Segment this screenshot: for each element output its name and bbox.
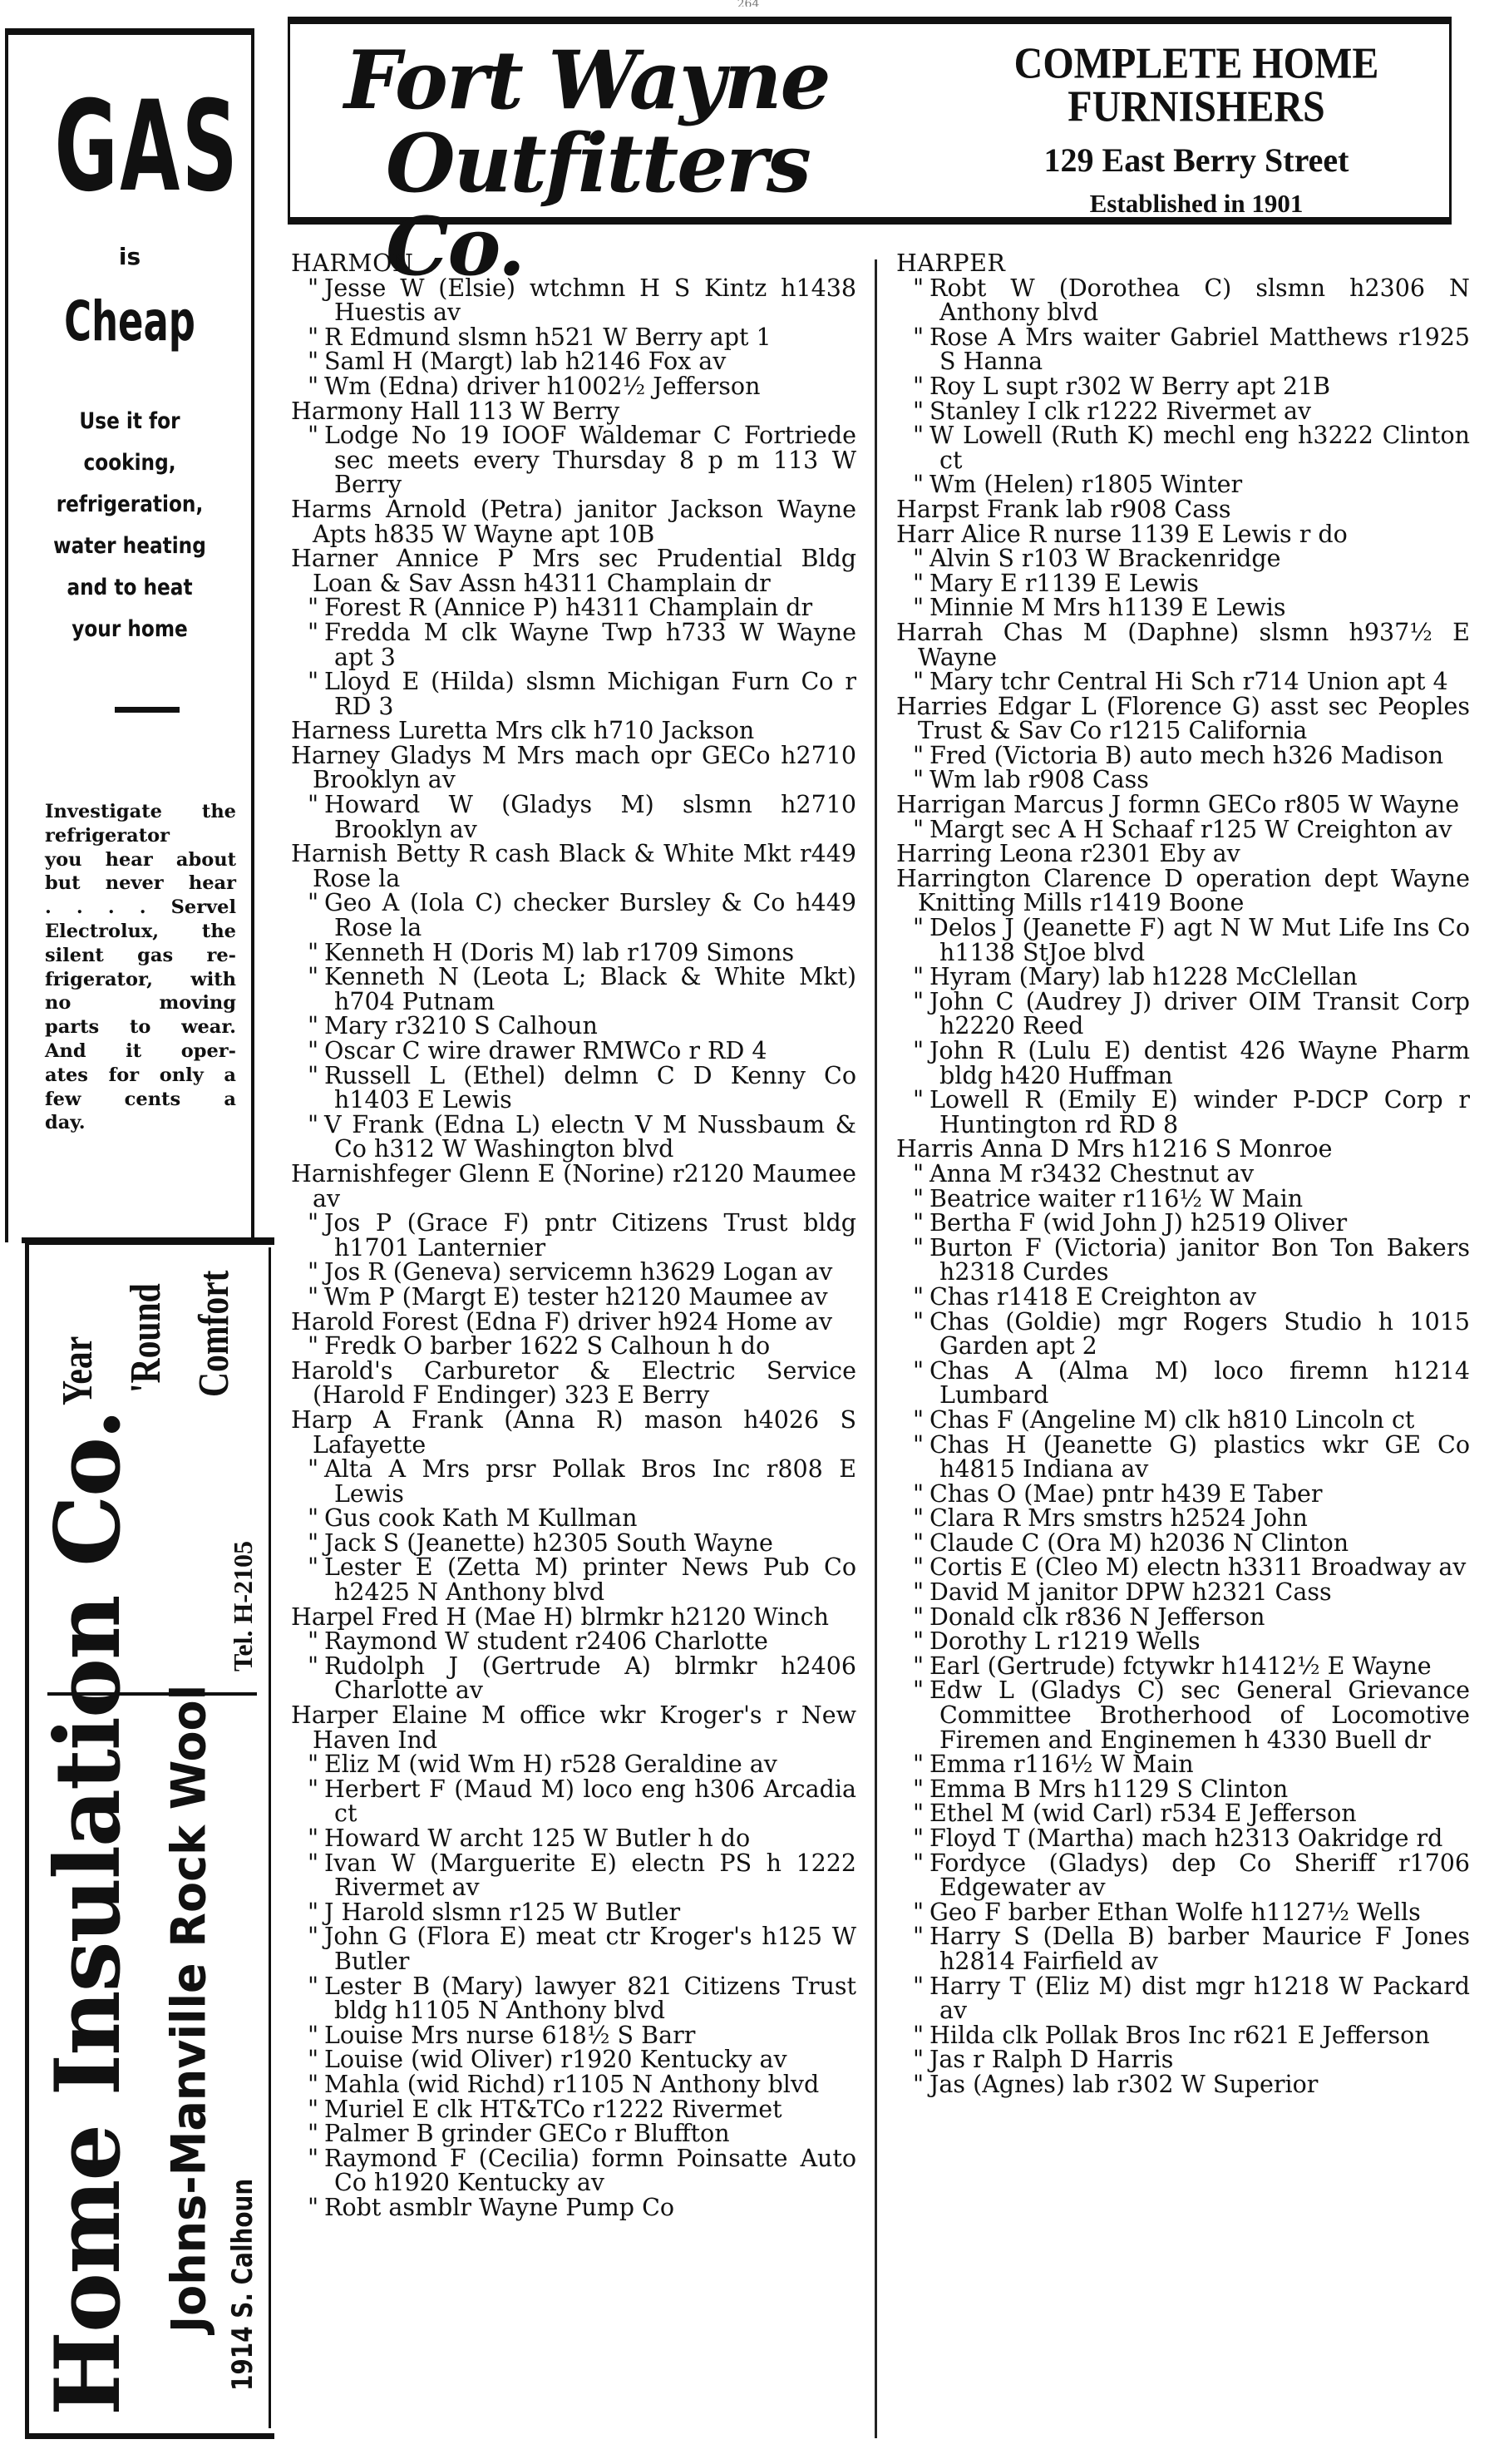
directory-entry: Harness Luretta Mrs clk h710 Jackson: [291, 718, 856, 743]
ditto-mark: ": [308, 965, 324, 990]
ditto-mark: ": [308, 423, 324, 448]
directory-entry: "Alvin S r103 W Brackenridge: [896, 546, 1470, 571]
gas-ad-body-line: Investigate the: [45, 800, 236, 824]
ditto-mark: ": [308, 2047, 324, 2072]
insulation-address: 1914 S. Calhoun: [226, 2179, 259, 2391]
ditto-mark: ": [913, 374, 929, 399]
directory-entry: "Fred (Victoria B) auto mech h326 Madiso…: [896, 743, 1470, 768]
directory-entry: "Louise (wid Oliver) r1920 Kentucky av: [291, 2047, 856, 2072]
ditto-mark: ": [308, 1752, 324, 1777]
directory-entry: "Clara R Mrs smstrs h2524 John: [896, 1506, 1470, 1531]
ditto-mark: ": [308, 349, 324, 374]
ditto-mark: ": [913, 669, 929, 694]
directory-entry: "Lloyd E (Hilda) slsmn Michigan Furn Co …: [291, 669, 856, 718]
gas-ad-body-line: parts to wear.: [45, 1015, 236, 1039]
directory-entry: "Kenneth N (Leota L; Black & White Mkt) …: [291, 965, 856, 1014]
directory-entry: "Minnie M Mrs h1139 E Lewis: [896, 595, 1470, 620]
ditto-mark: ": [913, 990, 929, 1015]
directory-entry: "Jack S (Jeanette) h2305 South Wayne: [291, 1531, 856, 1556]
directory-entry: "Chas H (Jeanette G) plastics wkr GE Co …: [896, 1433, 1470, 1482]
ditto-mark: ": [913, 1310, 929, 1335]
insulation-tagline-round: 'Round: [123, 1283, 170, 1393]
ditto-mark: ": [308, 793, 324, 817]
directory-entry: "Robt asmblr Wayne Pump Co: [291, 2195, 856, 2220]
directory-entry: "Fredda M clk Wayne Twp h733 W Wayne apt…: [291, 620, 856, 669]
ditto-mark: ": [913, 423, 929, 448]
directory-entry: "Rudolph J (Gertrude A) blrmkr h2406 Cha…: [291, 1654, 856, 1703]
gas-ad-body-line: ates for only a: [45, 1064, 236, 1088]
ditto-mark: ": [913, 1285, 929, 1310]
directory-entry: "Claude C (Ora M) h2036 N Clinton: [896, 1531, 1470, 1556]
gas-ad-use-line: your home: [32, 609, 227, 650]
ditto-mark: ": [913, 2023, 929, 2048]
directory-entry: "Lester B (Mary) lawyer 821 Citizens Tru…: [291, 1974, 856, 2023]
ditto-mark: ": [308, 276, 324, 301]
ditto-mark: ": [308, 1285, 324, 1310]
ditto-mark: ": [308, 1211, 324, 1236]
directory-entry: "Burton F (Victoria) janitor Bon Ton Bak…: [896, 1236, 1470, 1285]
ditto-mark: ": [913, 2047, 929, 2072]
directory-entry: "Roy L supt r302 W Berry apt 21B: [896, 374, 1470, 399]
directory-entry: "Bertha F (wid John J) h2519 Oliver: [896, 1211, 1470, 1236]
gas-ad-uses: Use it for cooking, refrigeration, water…: [32, 401, 227, 650]
ditto-mark: ": [913, 1777, 929, 1802]
gas-ad-body-line: frigerator, with: [45, 968, 236, 992]
ditto-mark: ": [913, 1555, 929, 1580]
surname-heading: HARPER: [896, 251, 1470, 276]
directory-entry: "John G (Flora E) meat ctr Kroger's h125…: [291, 1924, 856, 1973]
directory-entry: "Eliz M (wid Wm H) r528 Geraldine av: [291, 1752, 856, 1777]
directory-entry: "Mary tchr Central Hi Sch r714 Union apt…: [896, 669, 1470, 694]
directory-left-column: HARMON"Jesse W (Elsie) wtchmn H S Kintz …: [291, 251, 856, 2220]
directory-entry: "Beatrice waiter r116½ W Main: [896, 1187, 1470, 1212]
insulation-product: Johns-Manville Rock Wool: [163, 1685, 215, 2333]
gas-ad-body-line: refrigerator: [45, 824, 236, 848]
directory-entry: "V Frank (Edna L) electn V M Nussbaum & …: [291, 1113, 856, 1162]
gas-ad-use-line: cooking,: [32, 442, 227, 484]
directory-entry: Harms Arnold (Petra) janitor Jackson Way…: [291, 497, 856, 546]
gas-ad-use-line: water heating: [32, 526, 227, 567]
ditto-mark: ": [308, 325, 324, 350]
ditto-mark: ": [913, 595, 929, 620]
ditto-mark: ": [308, 1039, 324, 1064]
insulation-phone: Tel. H-2105: [226, 1541, 259, 1671]
directory-entry: Harold Forest (Edna F) driver h924 Home …: [291, 1310, 856, 1335]
directory-entry: "Howard W (Gladys M) slsmn h2710 Brookly…: [291, 793, 856, 842]
furniture-store-ad: Fort Wayne Outfitters Co. COMPLETE HOME …: [288, 17, 1452, 225]
gas-ad-title: GAS: [54, 77, 205, 218]
ditto-mark: ": [913, 1605, 929, 1630]
directory-entry: "Jos R (Geneva) servicemn h3629 Logan av: [291, 1260, 856, 1285]
ditto-mark: ": [913, 1162, 929, 1187]
directory-entry: Harper Elaine M office wkr Kroger's r Ne…: [291, 1703, 856, 1752]
ditto-mark: ": [913, 916, 929, 941]
ditto-mark: ": [308, 1851, 324, 1876]
ditto-mark: ": [913, 546, 929, 571]
directory-entry: "Mary E r1139 E Lewis: [896, 571, 1470, 596]
ditto-mark: ": [308, 1334, 324, 1359]
ditto-mark: ": [913, 571, 929, 596]
directory-entry: "Lester E (Zetta M) printer News Pub Co …: [291, 1555, 856, 1604]
directory-entry: Harrah Chas M (Daphne) slsmn h937½ E Way…: [896, 620, 1470, 669]
ditto-mark: ": [308, 2146, 324, 2171]
ditto-mark: ": [913, 1629, 929, 1654]
gas-ad-body-line: silent gas re-: [45, 944, 236, 968]
directory-entry: "W Lowell (Ruth K) mechl eng h3222 Clint…: [896, 423, 1470, 472]
directory-entry: "Mahla (wid Richd) r1105 N Anthony blvd: [291, 2072, 856, 2097]
ditto-mark: ": [913, 1236, 929, 1261]
ditto-mark: ": [308, 1506, 324, 1531]
ditto-mark: ": [308, 1555, 324, 1580]
directory-entry: "David M janitor DPW h2321 Cass: [896, 1580, 1470, 1605]
directory-entry: "Mary r3210 S Calhoun: [291, 1014, 856, 1039]
ditto-mark: ": [913, 1531, 929, 1556]
directory-entry: "Emma B Mrs h1129 S Clinton: [896, 1777, 1470, 1802]
directory-entry: "Wm lab r908 Cass: [896, 768, 1470, 793]
ditto-mark: ": [913, 1826, 929, 1851]
ditto-mark: ": [913, 1506, 929, 1531]
directory-entry: "John R (Lulu E) dentist 426 Wayne Pharm…: [896, 1039, 1470, 1088]
directory-entry: "Edw L (Gladys C) sec General Grievance …: [896, 1678, 1470, 1752]
ditto-mark: ": [913, 1924, 929, 1949]
directory-entry: "Alta A Mrs prsr Pollak Bros Inc r808 E …: [291, 1457, 856, 1506]
ditto-mark: ": [308, 1014, 324, 1039]
directory-entry: Harmony Hall 113 W Berry: [291, 399, 856, 424]
gas-ad-body-line: you hear about: [45, 848, 236, 872]
ditto-mark: ": [308, 595, 324, 620]
ditto-mark: ": [308, 1629, 324, 1654]
directory-entry: "Chas F (Angeline M) clk h810 Lincoln ct: [896, 1408, 1470, 1433]
ditto-mark: ": [913, 1482, 929, 1507]
directory-entry: "Wm (Helen) r1805 Winter: [896, 472, 1470, 497]
directory-entry: Harnish Betty R cash Black & White Mkt r…: [291, 842, 856, 891]
ditto-mark: ": [308, 2072, 324, 2097]
directory-entry: "J Harold slsmn r125 W Butler: [291, 1900, 856, 1925]
ditto-mark: ": [308, 1974, 324, 1999]
directory-entry: "Anna M r3432 Chestnut av: [896, 1162, 1470, 1187]
gas-ad-divider: [115, 707, 180, 713]
gas-ad-use-line: refrigeration,: [32, 484, 227, 526]
ditto-mark: ": [913, 1678, 929, 1703]
ditto-mark: ": [308, 2195, 324, 2220]
directory-entry: "Stanley I clk r1222 Rivermet av: [896, 399, 1470, 424]
directory-entry: "Fredk O barber 1622 S Calhoun h do: [291, 1334, 856, 1359]
directory-entry: Harris Anna D Mrs h1216 S Monroe: [896, 1137, 1470, 1162]
gas-ad-use-line: and to heat: [32, 567, 227, 609]
store-logo: Fort Wayne Outfitters Co.: [336, 39, 901, 214]
ditto-mark: ": [913, 1801, 929, 1826]
directory-entry: Harpel Fred H (Mae H) blrmkr h2120 Winch: [291, 1605, 856, 1630]
ditto-mark: ": [913, 1359, 929, 1384]
ditto-mark: ": [913, 1433, 929, 1458]
surname-heading: HARMON: [291, 251, 856, 276]
store-address: 129 East Berry Street: [980, 134, 1413, 187]
ditto-mark: ": [308, 1924, 324, 1949]
ditto-mark: ": [913, 1039, 929, 1064]
directory-entry: Harries Edgar L (Florence G) asst sec Pe…: [896, 694, 1470, 743]
ditto-mark: ": [308, 620, 324, 645]
directory-entry: "Chas O (Mae) pntr h439 E Taber: [896, 1482, 1470, 1507]
store-logo-line-1: Fort Wayne: [344, 39, 830, 122]
directory-entry: Harold's Carburetor & Electric Service (…: [291, 1359, 856, 1408]
gas-ad-body-line: And it oper-: [45, 1039, 236, 1064]
ditto-mark: ": [913, 399, 929, 424]
ditto-mark: ": [308, 1826, 324, 1851]
store-headline-2: FURNISHERS: [980, 83, 1413, 131]
column-divider: [875, 259, 877, 2438]
ditto-mark: ": [913, 1088, 929, 1113]
ditto-mark: ": [913, 1752, 929, 1777]
directory-entry: "Jos P (Grace F) pntr Citizens Trust bld…: [291, 1211, 856, 1260]
gas-ad-body-line: Electrolux, the: [45, 920, 236, 944]
directory-entry: "Floyd T (Martha) mach h2313 Oakridge rd: [896, 1826, 1470, 1851]
directory-entry: "Howard W archt 125 W Butler h do: [291, 1826, 856, 1851]
directory-entry: "Herbert F (Maud M) loco eng h306 Arcadi…: [291, 1777, 856, 1826]
directory-entry: "Raymond F (Cecilia) formn Poinsatte Aut…: [291, 2146, 856, 2195]
ditto-mark: ": [913, 472, 929, 497]
gas-ad-body-line: but never hear: [45, 872, 236, 896]
store-headline-1: COMPLETE HOME: [980, 40, 1413, 87]
directory-entry: "Donald clk r836 N Jefferson: [896, 1605, 1470, 1630]
directory-entry: Harring Leona r2301 Eby av: [896, 842, 1470, 867]
ditto-mark: ": [308, 1064, 324, 1089]
ditto-mark: ": [913, 1580, 929, 1605]
ditto-mark: ": [913, 325, 929, 350]
insulation-tagline-year: Year: [55, 1336, 101, 1405]
gas-ad-body-line: . . . . Servel: [45, 896, 236, 920]
ditto-mark: ": [913, 817, 929, 842]
gas-ad-body: Investigate therefrigeratoryou hear abou…: [45, 800, 236, 1135]
directory-entry: "Robt W (Dorothea C) slsmn h2306 N Antho…: [896, 276, 1470, 325]
ditto-mark: ": [913, 768, 929, 793]
insulation-ad-border: [269, 1247, 271, 2428]
directory-entry: "Wm P (Margt E) tester h2120 Maumee av: [291, 1285, 856, 1310]
ditto-mark: ": [308, 2121, 324, 2146]
directory-entry: "Chas A (Alma M) loco firemn h1214 Lumba…: [896, 1359, 1470, 1408]
directory-right-column: HARPER"Robt W (Dorothea C) slsmn h2306 N…: [896, 251, 1470, 2097]
ditto-mark: ": [308, 1777, 324, 1802]
directory-entry: "Lodge No 19 IOOF Waldemar C Fortriede s…: [291, 423, 856, 497]
directory-entry: "Cortis E (Cleo M) electn h3311 Broadway…: [896, 1555, 1470, 1580]
store-info: COMPLETE HOME FURNISHERS 129 East Berry …: [980, 42, 1413, 220]
directory-entry: "Dorothy L r1219 Wells: [896, 1629, 1470, 1654]
directory-entry: "Chas r1418 E Creighton av: [896, 1285, 1470, 1310]
directory-entry: "Oscar C wire drawer RMWCo r RD 4: [291, 1039, 856, 1064]
store-established: Established in 1901: [980, 187, 1413, 220]
ditto-mark: ": [308, 891, 324, 916]
directory-entry: "R Edmund slsmn h521 W Berry apt 1: [291, 325, 856, 350]
ditto-mark: ": [913, 1654, 929, 1679]
directory-entry: "Geo F barber Ethan Wolfe h1127½ Wells: [896, 1900, 1470, 1925]
directory-entry: "Margt sec A H Schaaf r125 W Creighton a…: [896, 817, 1470, 842]
ditto-mark: ": [913, 1211, 929, 1236]
gas-ad-is: is: [8, 243, 251, 270]
ditto-mark: ": [308, 1113, 324, 1138]
directory-entry: "Fordyce (Gladys) dep Co Sheriff r1706 E…: [896, 1851, 1470, 1900]
directory-entry: "Lowell R (Emily E) winder P-DCP Corp r …: [896, 1088, 1470, 1137]
directory-entry: "Chas (Goldie) mgr Rogers Studio h 1015 …: [896, 1310, 1470, 1359]
directory-entry: Harney Gladys M Mrs mach opr GECo h2710 …: [291, 743, 856, 793]
directory-entry: "Forest R (Annice P) h4311 Champlain dr: [291, 595, 856, 620]
ditto-mark: ": [913, 1408, 929, 1433]
directory-entry: "Ethel M (wid Carl) r534 E Jefferson: [896, 1801, 1470, 1826]
ditto-mark: ": [913, 2072, 929, 2097]
ditto-mark: ": [913, 1900, 929, 1925]
directory-entry: "Rose A Mrs waiter Gabriel Matthews r192…: [896, 325, 1470, 374]
gas-ad: GAS is Cheap Use it for cooking, refrige…: [5, 28, 254, 1242]
ditto-mark: ": [913, 965, 929, 990]
gas-ad-use-line: Use it for: [32, 401, 227, 442]
directory-entry: "Jesse W (Elsie) wtchmn H S Kintz h1438 …: [291, 276, 856, 325]
ditto-mark: ": [308, 1531, 324, 1556]
page-number: 264: [723, 0, 773, 7]
directory-entry: "Ivan W (Marguerite E) electn PS h 1222 …: [291, 1851, 856, 1900]
directory-entry: "Delos J (Jeanette F) agt N W Mut Life I…: [896, 916, 1470, 965]
directory-entry: "Saml H (Margt) lab h2146 Fox av: [291, 349, 856, 374]
gas-ad-body-line: day.: [45, 1111, 236, 1135]
directory-entry: "Hilda clk Pollak Bros Inc r621 E Jeffer…: [896, 2023, 1470, 2048]
directory-entry: "Earl (Gertrude) fctywkr h1412½ E Wayne: [896, 1654, 1470, 1679]
ditto-mark: ": [308, 1260, 324, 1285]
ditto-mark: ": [308, 1900, 324, 1925]
directory-entry: "Hyram (Mary) lab h1228 McClellan: [896, 965, 1470, 990]
directory-entry: "Raymond W student r2406 Charlotte: [291, 1629, 856, 1654]
ditto-mark: ": [913, 743, 929, 768]
insulation-company-name: Home Insulation Co.: [47, 1410, 130, 2416]
gas-ad-body-line: few cents a: [45, 1088, 236, 1112]
directory-entry: Harner Annice P Mrs sec Prudential Bldg …: [291, 546, 856, 595]
directory-entry: "Jas (Agnes) lab r302 W Superior: [896, 2072, 1470, 2097]
directory-entry: Harrington Clarence D operation dept Way…: [896, 867, 1470, 916]
directory-entry: Harnishfeger Glenn E (Norine) r2120 Maum…: [291, 1162, 856, 1211]
ditto-mark: ": [308, 374, 324, 399]
ditto-mark: ": [308, 2023, 324, 2048]
ditto-mark: ": [913, 1187, 929, 1212]
ditto-mark: ": [308, 1457, 324, 1482]
gas-ad-body-line: no moving: [45, 991, 236, 1015]
directory-entry: "Harry T (Eliz M) dist mgr h1218 W Packa…: [896, 1974, 1470, 2023]
directory-entry: "Geo A (Iola C) checker Bursley & Co h44…: [291, 891, 856, 940]
ditto-mark: ": [913, 1974, 929, 1999]
ditto-mark: ": [308, 2097, 324, 2122]
ditto-mark: ": [308, 941, 324, 965]
directory-entry: Harr Alice R nurse 1139 E Lewis r do: [896, 522, 1470, 547]
ditto-mark: ": [308, 669, 324, 694]
directory-entry: "Louise Mrs nurse 618½ S Barr: [291, 2023, 856, 2048]
directory-entry: "Gus cook Kath M Kullman: [291, 1506, 856, 1531]
directory-entry: "Palmer B grinder GECo r Bluffton: [291, 2121, 856, 2146]
ditto-mark: ": [308, 1654, 324, 1679]
directory-entry: "Wm (Edna) driver h1002½ Jefferson: [291, 374, 856, 399]
directory-entry: "Jas r Ralph D Harris: [896, 2047, 1470, 2072]
insulation-tagline-comfort: Comfort: [191, 1271, 238, 1397]
directory-entry: "Muriel E clk HT&TCo r1222 Rivermet: [291, 2097, 856, 2122]
directory-entry: "Harry S (Della B) barber Maurice F Jone…: [896, 1924, 1470, 1973]
directory-entry: Harrigan Marcus J formn GECo r805 W Wayn…: [896, 793, 1470, 817]
directory-entry: Harp A Frank (Anna R) mason h4026 S Lafa…: [291, 1408, 856, 1457]
directory-entry: "Kenneth H (Doris M) lab r1709 Simons: [291, 941, 856, 965]
directory-entry: "Emma r116½ W Main: [896, 1752, 1470, 1777]
directory-entry: "John C (Audrey J) driver OIM Transit Co…: [896, 990, 1470, 1039]
ditto-mark: ": [913, 276, 929, 301]
ditto-mark: ": [913, 1851, 929, 1876]
gas-ad-cheap: Cheap: [47, 284, 213, 359]
directory-entry: "Russell L (Ethel) delmn C D Kenny Co h1…: [291, 1064, 856, 1113]
directory-entry: Harpst Frank lab r908 Cass: [896, 497, 1470, 522]
